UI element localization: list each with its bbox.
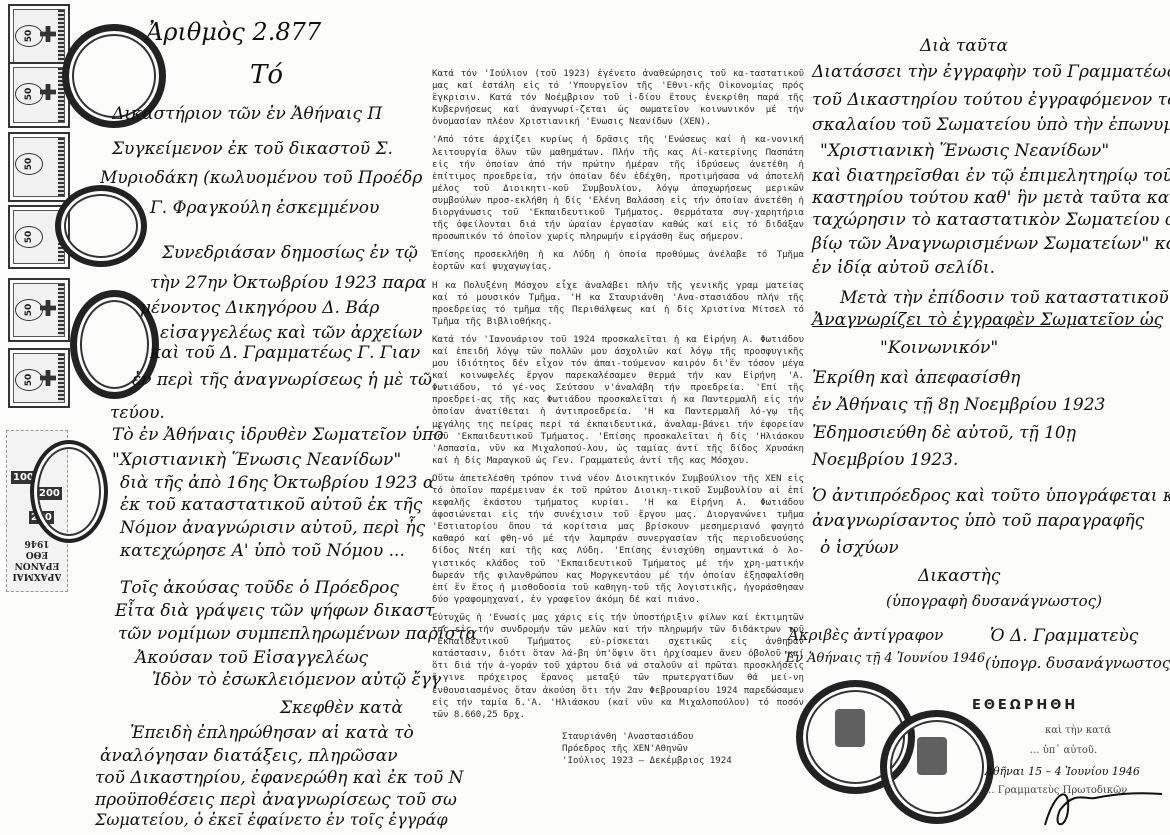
court-seal [880,710,994,824]
report-signature: Σταυριάνθη 'Αναστασιάδου Πρόεδρος τῆς ΧΕ… [562,731,804,767]
signature-flourish [1040,780,1165,835]
approval-stamp-title: ΕΘΕΩΡΗΘΗ [972,698,1078,713]
revenue-stamp: 50 [8,4,70,68]
report-paragraph: Ἐπίσης προσεκλήθη ἡ κα Λύδη ἡ ὁποία προθ… [432,249,804,273]
secretary-title: Ὁ Δ. Γραμματεὺς [990,628,1138,645]
approval-line: Ἀθῆναι 15 – 4 Ἰουνίου 1946 [985,765,1140,778]
revenue-stamp: 50 [8,278,70,342]
fund-stamp-text: ΔΡΑΧΜΑΙ ΕΡΑΝΟΝ ΕΘΟ 1946 [11,537,63,581]
approval-line: καὶ τὴν κατά [1045,725,1111,736]
report-paragraph: Οὕτω ἀπετελέσθη τρόπον τινά νέον Διοικητ… [432,473,804,606]
judge-signature-note: (ὑπογραφὴ δυσανάγνωστος) [886,594,1102,609]
court-seal [55,185,147,267]
certified-copy-note: Ἀκριβὲς ἀντίγραφον [788,628,943,643]
report-paragraph: 'Από τότε ἀρχίζει κυρίως ἡ δρᾶσις τῆς 'Ε… [432,134,804,243]
report-paragraph: Κατά τόν 'Ιανουάριον τοῦ 1924 προσκαλεῖτ… [432,334,804,467]
addressee: Τό [250,62,283,88]
secretary-signature-note: (ὑπογρ. δυσανάγνωστος) [985,656,1170,671]
report-paragraph: Η κα Πολυξένη Μόσχου εἶχε ἀναλάβει πλήν … [432,280,804,328]
scanned-document: 50 50 50 50 50 50 100 200 200 ΔΡΑΧΜΑΙ ΕΡ… [0,0,1170,835]
record-number: Ἀριθμὸς 2.877 [146,20,321,44]
report-paragraph: Εὐτυχῶς ἡ 'Ενωσίς μας χάρις εἰς τήν ὑποσ… [432,612,804,721]
typed-report: Κατά τόν 'Ιούλιον (τοῦ 1923) ἐγένετο ἀνα… [432,68,804,767]
report-paragraph: Κατά τόν 'Ιούλιον (τοῦ 1923) ἐγένετο ἀνα… [432,68,804,128]
judge-title: Δικαστὴς [918,568,1000,585]
approval-line: ... ὑπ᾽ αὐτοῦ. [1030,745,1097,756]
round-seal [30,440,108,543]
revenue-stamp: 50 [8,348,70,408]
revenue-stamp: 50 [8,132,70,202]
certified-copy-date: Ἐν Ἀθήναις τῇ 4 Ἰουνίου 1946 [784,652,985,665]
revenue-stamp: 50 [8,62,70,128]
